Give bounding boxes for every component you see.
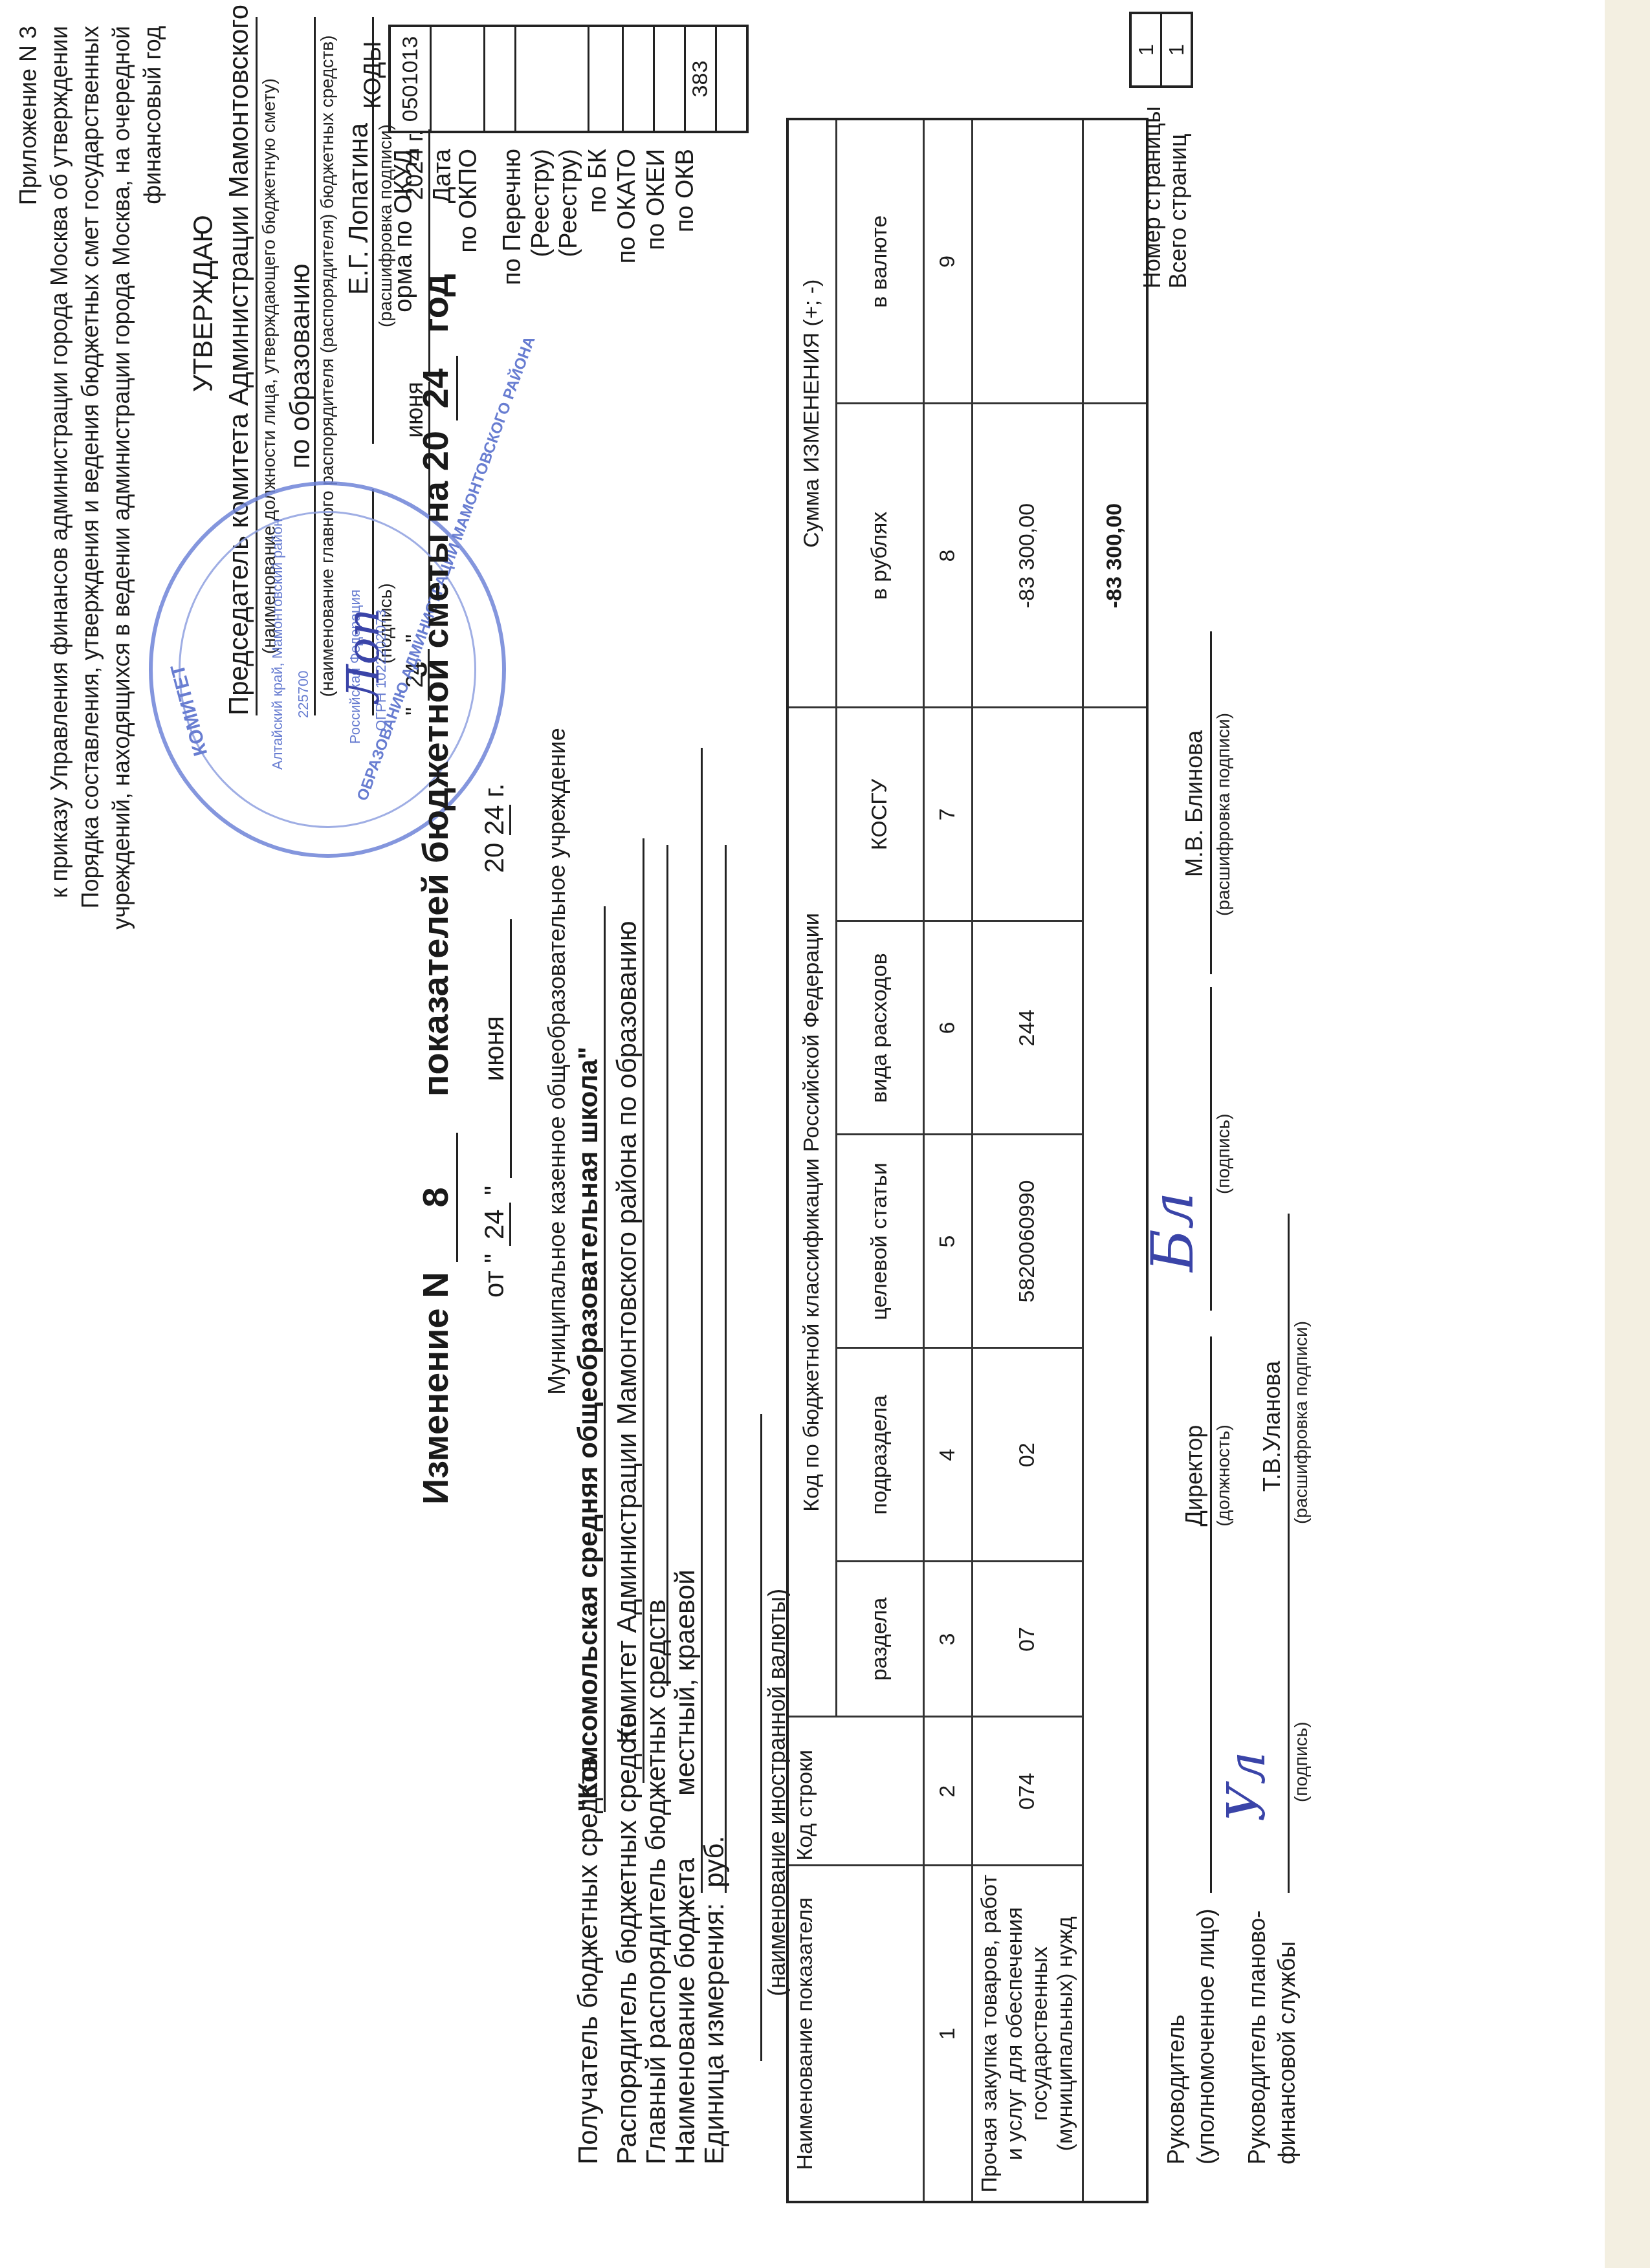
- fin-label: Руководитель планово- финансовой службы: [1242, 1910, 1302, 2164]
- page-number-label: Номер страницы: [1139, 106, 1166, 289]
- title-suffix: год: [415, 274, 456, 346]
- page-number-box: 1 1: [1129, 12, 1193, 88]
- row-target: 5820060990: [972, 1135, 1083, 1348]
- recipient-label: Получатель бюджетных средств: [573, 1757, 604, 2164]
- fin-signature-line: [1288, 1615, 1290, 1893]
- header-currency: в валюте: [836, 119, 923, 404]
- date-month: июня: [479, 919, 512, 1178]
- stamp-region-text: Алтайский край, Мамонтовский район: [269, 519, 286, 770]
- fin-signature-caption: (подпись): [1291, 1722, 1312, 1803]
- header-section: раздела: [836, 1562, 923, 1717]
- header-name: Наименование показателя: [787, 1866, 923, 2202]
- fin-signature: Ул: [1216, 1751, 1277, 1822]
- codes-label-okpo: по ОКПО: [456, 149, 481, 253]
- header-kbk: Код по бюджетной классификации Российско…: [787, 708, 836, 1717]
- codes-label-date: Дата: [430, 149, 455, 203]
- registry-code-2: [589, 27, 624, 131]
- row-expense-type: 244: [972, 921, 1083, 1135]
- scan-edge: [1605, 0, 1650, 2268]
- appendix-line: учреждений, находящихся в ведении админи…: [106, 26, 137, 930]
- row-subsection: 02: [972, 1348, 1083, 1562]
- fin-name: Т.В.Уланова: [1259, 1361, 1286, 1492]
- budget-estimate-change-document: Приложение N 3 к приказу Управления фина…: [0, 0, 1650, 2268]
- header-target: целевой статьи: [836, 1135, 923, 1348]
- codes-label-registry: по Перечню (Реестру): [498, 149, 555, 317]
- total-row: -83 300,00: [1083, 119, 1147, 2202]
- total-currency: [1083, 119, 1147, 404]
- codes-header: КОДЫ: [359, 36, 386, 114]
- chief-manager-line: [666, 845, 668, 1686]
- table-row: Прочая закупка товаров, работ и услуг дл…: [972, 119, 1083, 2202]
- budget-value: местный, краевой: [670, 748, 703, 1893]
- header-kosgu: КОСГУ: [836, 708, 923, 921]
- appendix-line: к приказу Управления финансов администра…: [44, 26, 75, 930]
- header-code: Код строки: [787, 1717, 923, 1866]
- recipient-value-line1: Муниципальное казенное общеобразовательн…: [544, 728, 571, 1395]
- approval-heading: УТВЕРЖДАЮ: [188, 215, 219, 392]
- appendix-line: финансовый год: [137, 26, 168, 930]
- bk-code: [624, 27, 655, 131]
- header-sum: Сумма ИЗМЕНЕНИЯ (+; -): [787, 119, 836, 708]
- head-name-line: [1210, 631, 1212, 974]
- codes-label-bk: по БК: [586, 149, 610, 213]
- row-kosgu: [972, 708, 1083, 921]
- manager-value: Комитет Администрации Мамонтовского райо…: [611, 838, 644, 1783]
- appendix-block: Приложение N 3 к приказу Управления фина…: [13, 26, 168, 930]
- okv-code: [717, 27, 746, 131]
- header-subsection: подраздела: [836, 1348, 923, 1562]
- total-rub: -83 300,00: [1083, 404, 1147, 708]
- head-label: Руководитель (уполномоченное лицо): [1161, 1908, 1221, 2164]
- page-number-value: 1: [1132, 14, 1162, 85]
- date-year: 24: [479, 805, 511, 835]
- total-pages-value: 1: [1162, 14, 1191, 85]
- appendix-line: Приложение N 3: [13, 26, 44, 930]
- changes-table: Наименование показателя Код строки Код п…: [786, 118, 1149, 2203]
- approver-signature: Лоп: [336, 608, 390, 703]
- okpo-code: [485, 27, 516, 131]
- row-name: Прочая закупка товаров, работ и услуг дл…: [972, 1866, 1083, 2202]
- header-rub: в рублях: [836, 404, 923, 708]
- budget-label: Наименование бюджета: [670, 1858, 701, 2164]
- fin-name-line: [1288, 1214, 1290, 1615]
- codes-label-okud: орма по ОКУД: [391, 149, 416, 312]
- title-year: 24: [414, 356, 458, 420]
- codes-label-registry-2: (Реестру): [556, 149, 581, 257]
- currency-line: [760, 1414, 762, 2061]
- title-prefix: Изменение N: [415, 1272, 456, 1505]
- header-expense-type: вида расходов: [836, 921, 923, 1135]
- approval-signer: Е.Г. Лопатина: [343, 123, 374, 295]
- head-position: Директор: [1181, 1336, 1208, 1615]
- document-date: от " 24 " июня 20 24 г.: [479, 783, 512, 1298]
- codes-label-okv: по ОКВ: [673, 149, 698, 232]
- stamp-code-text: 225700: [295, 671, 312, 718]
- total-pages-label: Всего страниц: [1165, 133, 1192, 289]
- fin-name-caption: (расшифровка подписи): [1291, 1321, 1312, 1524]
- change-number: 8: [414, 1133, 458, 1262]
- okei-code: 383: [686, 27, 717, 131]
- row-rub: -83 300,00: [972, 404, 1083, 708]
- row-currency: [972, 119, 1083, 404]
- date-day: 24: [479, 1203, 511, 1246]
- registry-code: [516, 27, 589, 131]
- document-title: Изменение N 8 показателей бюджетной смет…: [414, 274, 458, 1505]
- head-signature-caption: (подпись): [1213, 1114, 1234, 1195]
- codes-box: 0501013 383: [388, 25, 749, 133]
- unit-line: [725, 845, 727, 1893]
- head-signature: Бл: [1139, 1192, 1207, 1272]
- codes-label-okei: по ОКЕИ: [644, 149, 668, 250]
- okud-code: 0501013: [391, 27, 432, 131]
- head-signature-line: [1210, 987, 1212, 1311]
- title-middle: показателей бюджетной сметы на 20: [415, 431, 456, 1122]
- head-position-caption: (должность): [1213, 1336, 1234, 1615]
- codes-label-okato: по ОКАТО: [615, 149, 639, 263]
- head-name-caption: (расшифровка подписи): [1213, 713, 1234, 916]
- date-code: [432, 27, 485, 131]
- okato-code: [655, 27, 686, 131]
- recipient-value: "Комсомольская средняя общеобразовательн…: [573, 906, 606, 1812]
- column-number-row: 1 2 3 4 5 6 7 8 9: [923, 119, 972, 2202]
- head-position-line: [1210, 1336, 1212, 1893]
- appendix-line: Порядка составления, утверждения и веден…: [75, 26, 106, 930]
- head-name: М.В. Блинова: [1181, 730, 1208, 877]
- row-code: 074: [972, 1717, 1083, 1866]
- row-section: 07: [972, 1562, 1083, 1717]
